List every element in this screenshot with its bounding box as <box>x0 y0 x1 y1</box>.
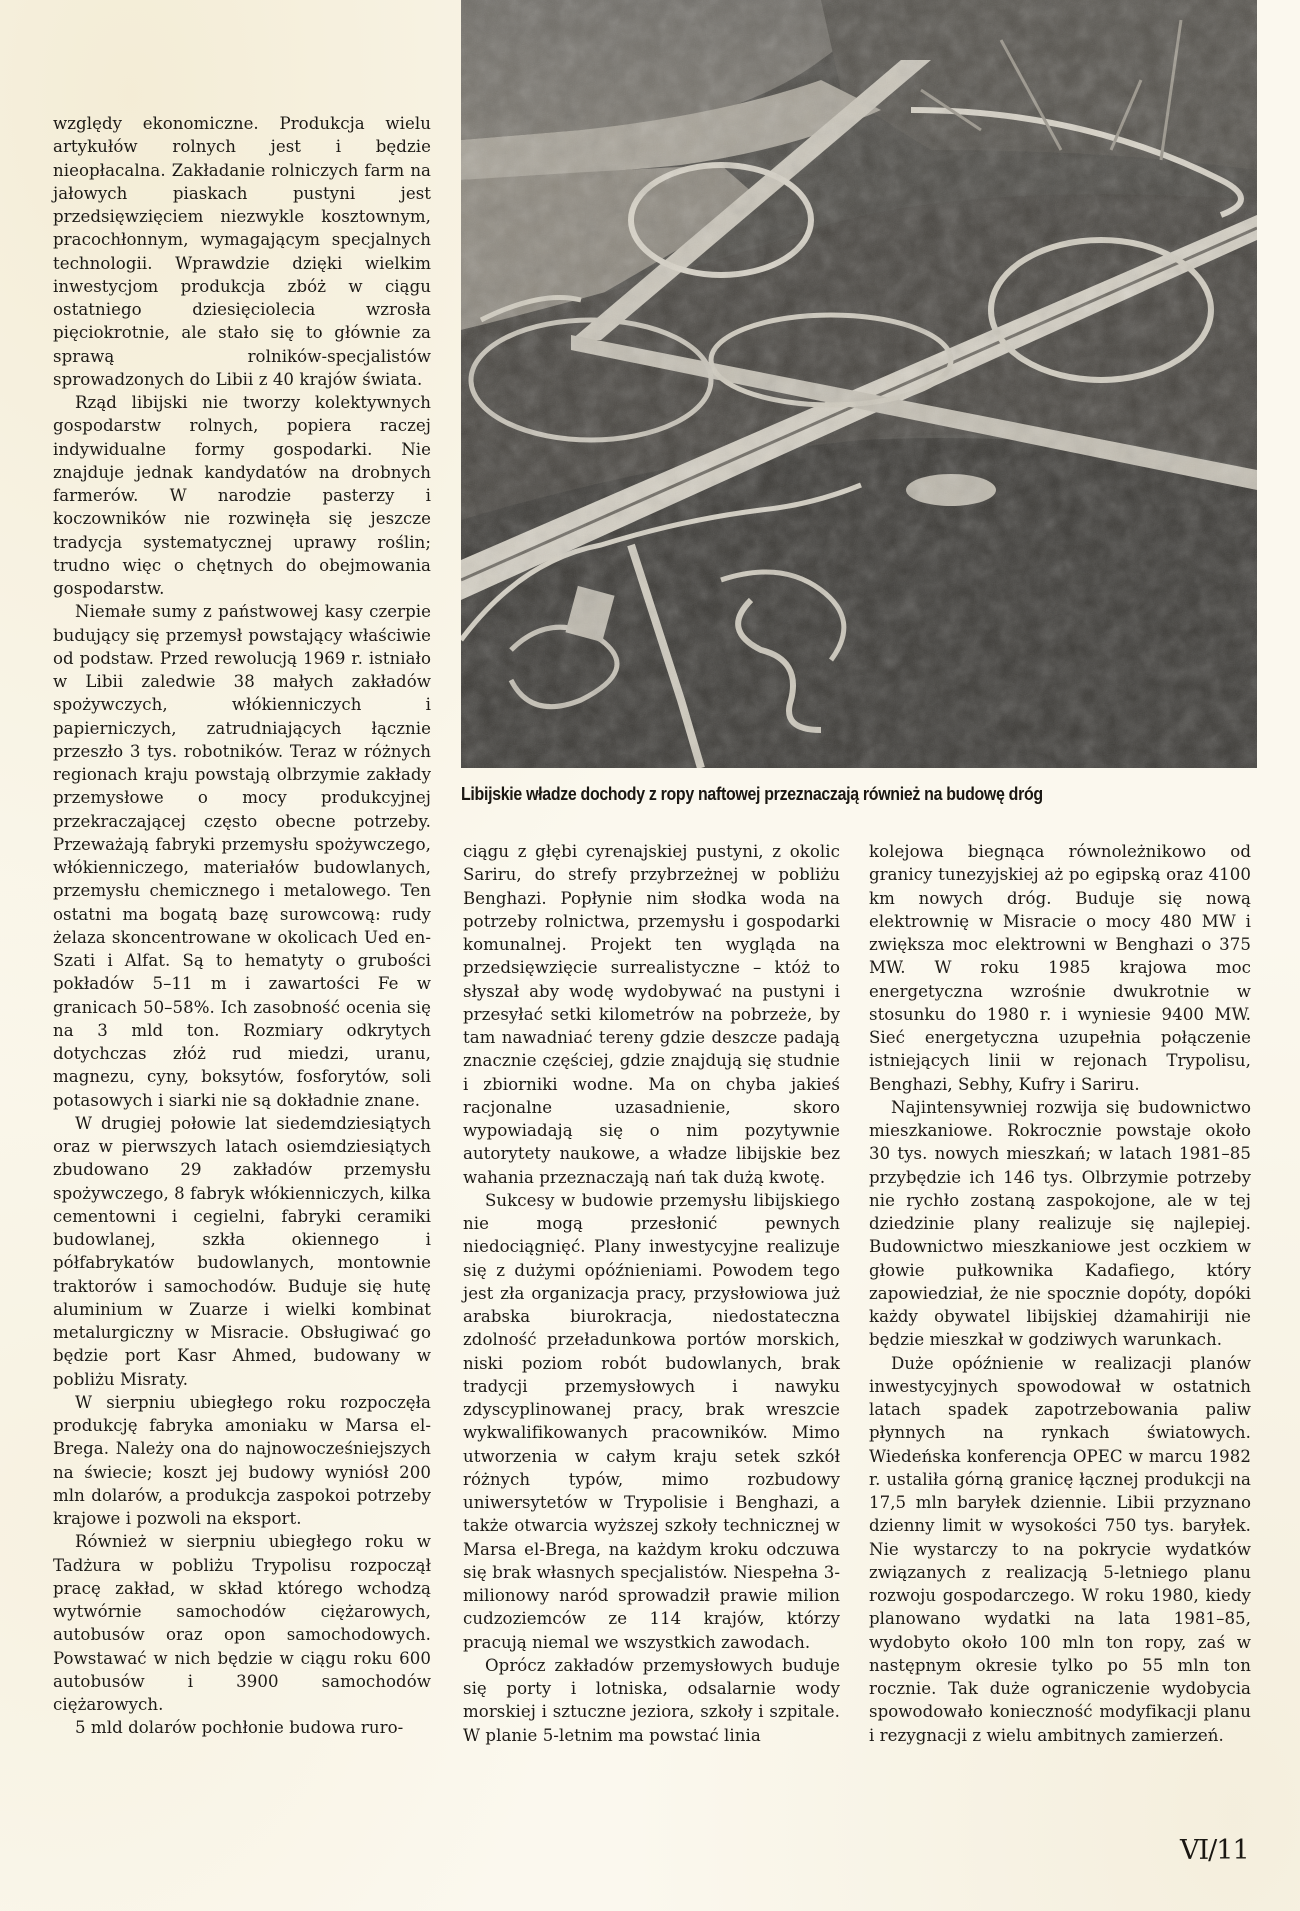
paragraph: Duże opóźnienie w realizacji planów inwe… <box>869 1352 1251 1747</box>
paragraph: Rząd libijski nie tworzy kolektywnych go… <box>53 391 431 600</box>
paragraph: Niemałe sumy z państwowej kasy czerpie b… <box>53 600 431 1112</box>
paragraph: Oprócz zakładów przemysłowych buduje się… <box>463 1654 840 1747</box>
article-column-middle: ciągu z głębi cyrenajskiej pustyni, z ok… <box>463 840 840 1747</box>
paragraph: kolejowa biegnąca równoleżnikowo od gran… <box>869 840 1251 1096</box>
page-number: VI/11 <box>1180 1835 1249 1866</box>
paragraph: W drugiej połowie lat siedemdziesiątych … <box>53 1112 431 1391</box>
article-column-left: względy ekonomiczne. Produkcja wielu art… <box>53 112 431 1740</box>
article-column-right: kolejowa biegnąca równoleżnikowo od gran… <box>869 840 1251 1747</box>
paragraph: Sukcesy w budowie przemysłu libijskiego … <box>463 1189 840 1654</box>
paragraph: względy ekonomiczne. Produkcja wielu art… <box>53 112 431 391</box>
photo-highway-interchange <box>461 0 1257 768</box>
photo-image <box>461 0 1257 768</box>
paragraph: 5 mld dolarów pochłonie budowa ruro- <box>53 1716 431 1739</box>
paragraph: ciągu z głębi cyrenajskiej pustyni, z ok… <box>463 840 840 1189</box>
paragraph: W sierpniu ubiegłego roku rozpoczęła pro… <box>53 1391 431 1531</box>
paragraph: Najintensywniej rozwija się budownictwo … <box>869 1096 1251 1352</box>
paragraph: Również w sierpniu ubiegłego roku w Tadż… <box>53 1530 431 1716</box>
photo-caption: Libijskie władze dochody z ropy naftowej… <box>461 782 1149 806</box>
